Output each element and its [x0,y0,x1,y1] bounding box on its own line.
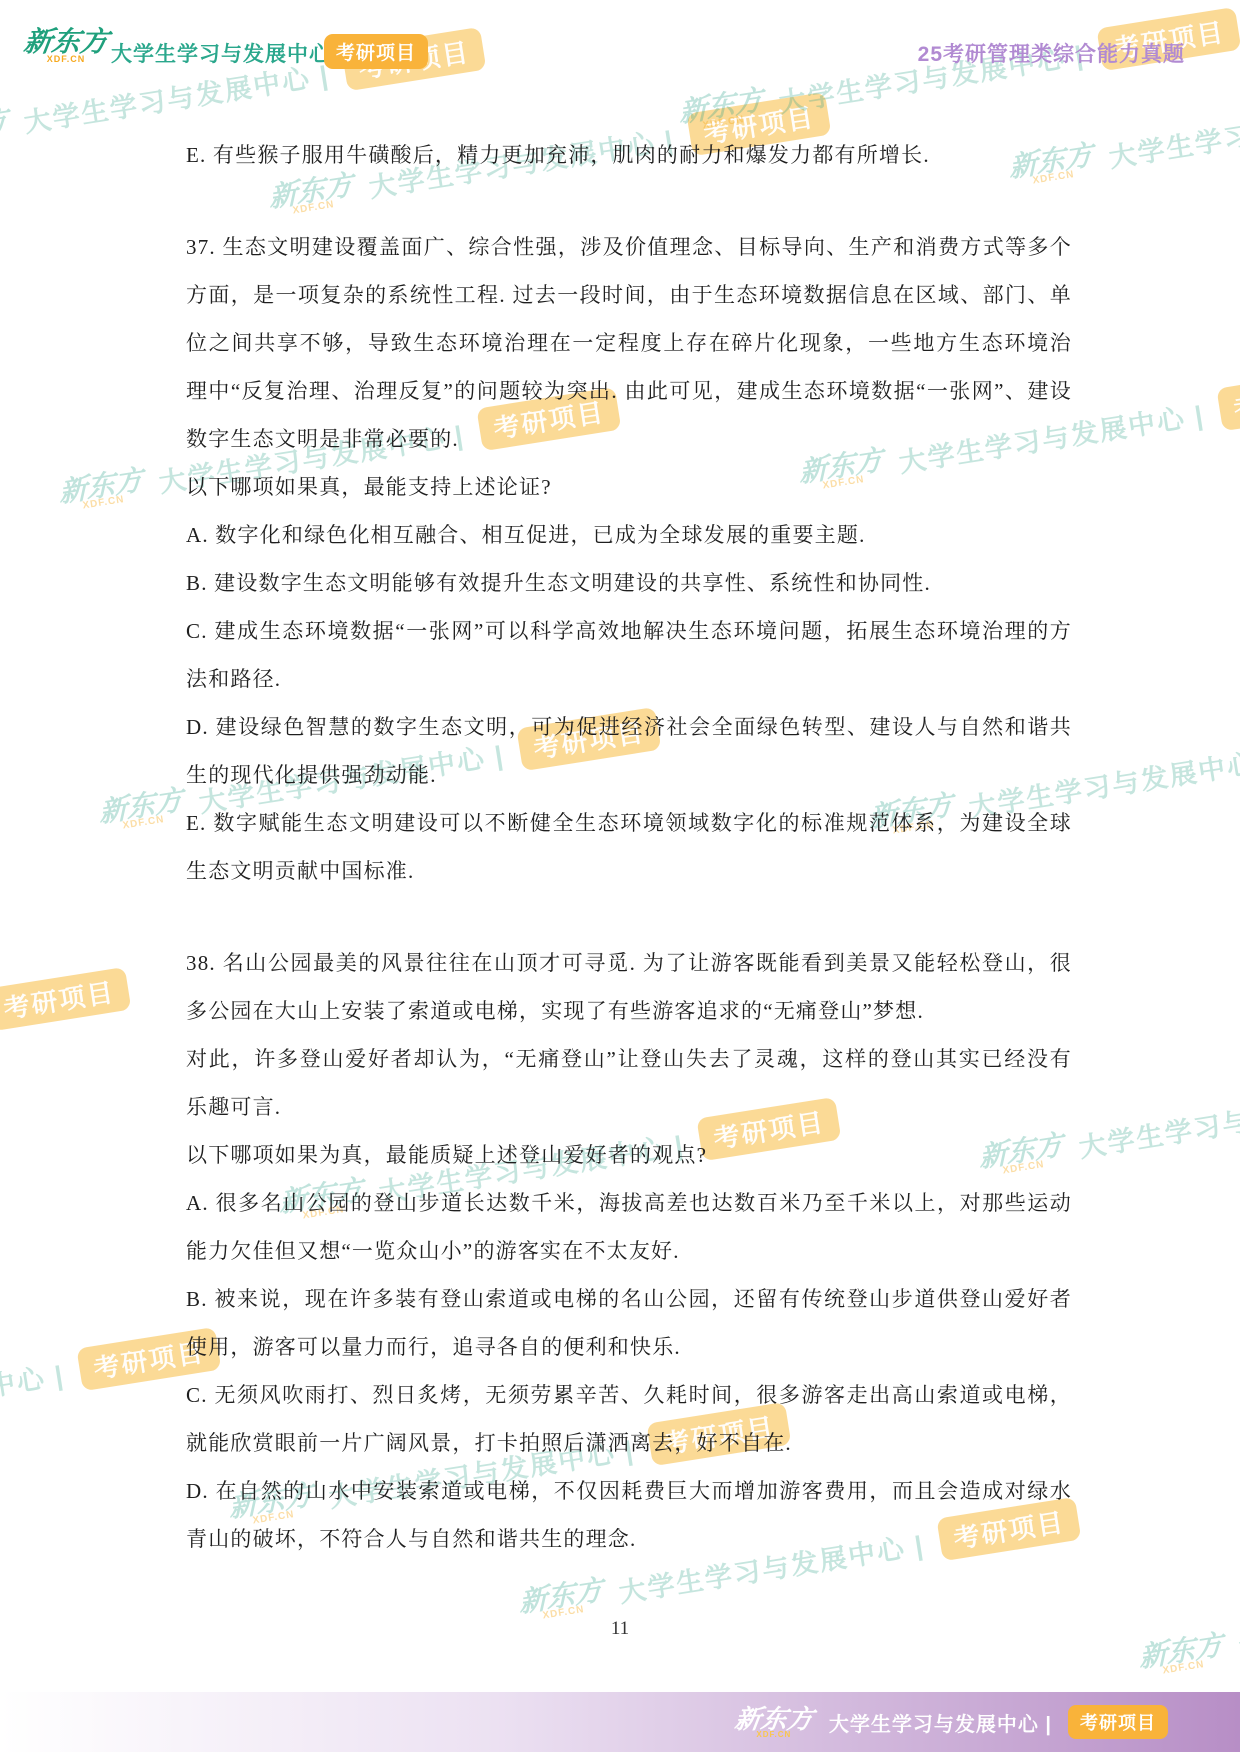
question-option: B. 被来说，现在许多装有登山索道或电梯的名山公园，还留有传统登山步道供登山爱好… [186,1275,1072,1371]
xdf-logo-icon: 新东方 [733,1706,815,1732]
xdf-logo-icon: 新东方 [99,785,182,826]
xdf-logo-subtext: XDF.CN [61,491,146,514]
question-stem: 对此，许多登山爱好者却认为，“无痛登山”让登山失去了灵魂，这样的登山其实已经没有… [186,1035,1072,1131]
exam-content: E. 有些猴子服用牛磺酸后，精力更加充沛，肌肉的耐力和爆发力都有所增长. 37.… [186,131,1072,1563]
watermark-badge: 考研项目 [1216,367,1240,431]
watermark-logo: 新东方 XDF.CN [57,466,146,515]
watermark-logo: 新东方 XDF.CN [677,86,766,135]
question-stem: 38. 名山公园最美的风景往往在山顶才可寻觅. 为了让游客既能看到美景又能轻松登… [186,939,1072,1035]
page-footer: 新东方 XDF.CN 大学生学习与发展中心 | 考研项目 [0,1692,1240,1752]
question-option: C. 建成生态环境数据“一张网”可以科学高效地解决生态环境问题，拓展生态环境治理… [186,607,1072,703]
orphan-option: E. 有些猴子服用牛磺酸后，精力更加充沛，肌肉的耐力和爆发力都有所增长. [186,131,1072,179]
watermark-text: 大学生学习与发展中心 | [0,1353,67,1440]
question-option: A. 数字化和绿色化相互融合、相互促进，已成为全球发展的重要主题. [186,511,1072,559]
header-exam-title: 25考研管理类综合能力真题 [918,38,1185,68]
xdf-logo-subtext: XDF.CN [1141,1656,1226,1679]
question-option: A. 很多名山公园的登山步道长达数千米，海拔高差也达数百米乃至千米以上，对那些运… [186,1179,1072,1275]
watermark: 新东方 XDF.CN 大学生学习与发展中心 | 考研项目 [0,967,131,1098]
xdf-logo-footer: 新东方 XDF.CN [735,1706,813,1739]
xdf-logo-subtext: XDF.CN [101,811,186,834]
watermark-text: 大学生学习与发展中心 | [1106,88,1240,175]
question-option: E. 数字赋能生态文明建设可以不断健全生态环境领域数字化的标准规范体系，为建设全… [186,799,1072,895]
watermark-logo: 新东方 XDF.CN [97,786,186,835]
xdf-logo-icon: 新东方 [519,1575,602,1616]
question-stem: 37. 生态文明建设覆盖面广、综合性强，涉及价值理念、目标导向、生产和消费方式等… [186,223,1072,463]
questions: 37. 生态文明建设覆盖面广、综合性强，涉及价值理念、目标导向、生产和消费方式等… [186,223,1072,1563]
xdf-logo-icon: 新东方 [679,85,762,126]
header-center-title: 大学生学习与发展中心 | [111,38,345,68]
xdf-logo-subtext: XDF.CN [0,131,11,154]
header-program-badge: 考研项目 [324,34,428,69]
footer-program-badge: 考研项目 [1068,1705,1168,1739]
page-number: 11 [0,1618,1240,1640]
question-block: 37. 生态文明建设覆盖面广、综合性强，涉及价值理念、目标导向、生产和消费方式等… [186,223,1072,895]
xdf-logo: 新东方 XDF.CN [24,28,108,64]
watermark-badge: 考研项目 [0,967,131,1031]
question-block: 38. 名山公园最美的风景往往在山顶才可寻觅. 为了让游客既能看到美景又能轻松登… [186,939,1072,1563]
watermark-text: 大学生学习与发展中心 | [1076,1078,1240,1165]
xdf-logo-icon: 新东方 [59,465,142,506]
watermark: 新东方 XDF.CN 大学生学习与发展中心 | 考研项目 [677,7,1240,138]
exam-document-page: 新东方 XDF.CN 大学生学习与发展中心 | 考研项目 新东方 XDF.CN … [0,0,1240,1752]
watermark-logo: 新东方 XDF.CN [517,1576,606,1625]
footer-center-title: 大学生学习与发展中心 | [829,1708,1052,1737]
question-prompt: 以下哪项如果为真，最能质疑上述登山爱好者的观点? [186,1131,1072,1179]
question-option: D. 在自然的山水中安装索道或电梯，不仅因耗费巨大而增加游客费用，而且会造成对绿… [186,1467,1072,1563]
watermark-logo: 新东方 XDF.CN [0,106,11,155]
xdf-logo-icon: 新东方 [0,105,8,146]
question-prompt: 以下哪项如果真，最能支持上述论证? [186,463,1072,511]
question-option: B. 建设数字生态文明能够有效提升生态文明建设的共享性、系统性和协同性. [186,559,1072,607]
question-option: D. 建设绿色智慧的数字生态文明，可为促进经济社会全面绿色转型、建设人与自然和谐… [186,703,1072,799]
question-option: C. 无须风吹雨打、烈日炙烤，无须劳累辛苦、久耗时间，很多游客走出高山索道或电梯… [186,1371,1072,1467]
xdf-logo-icon: 新东方 [22,28,110,56]
